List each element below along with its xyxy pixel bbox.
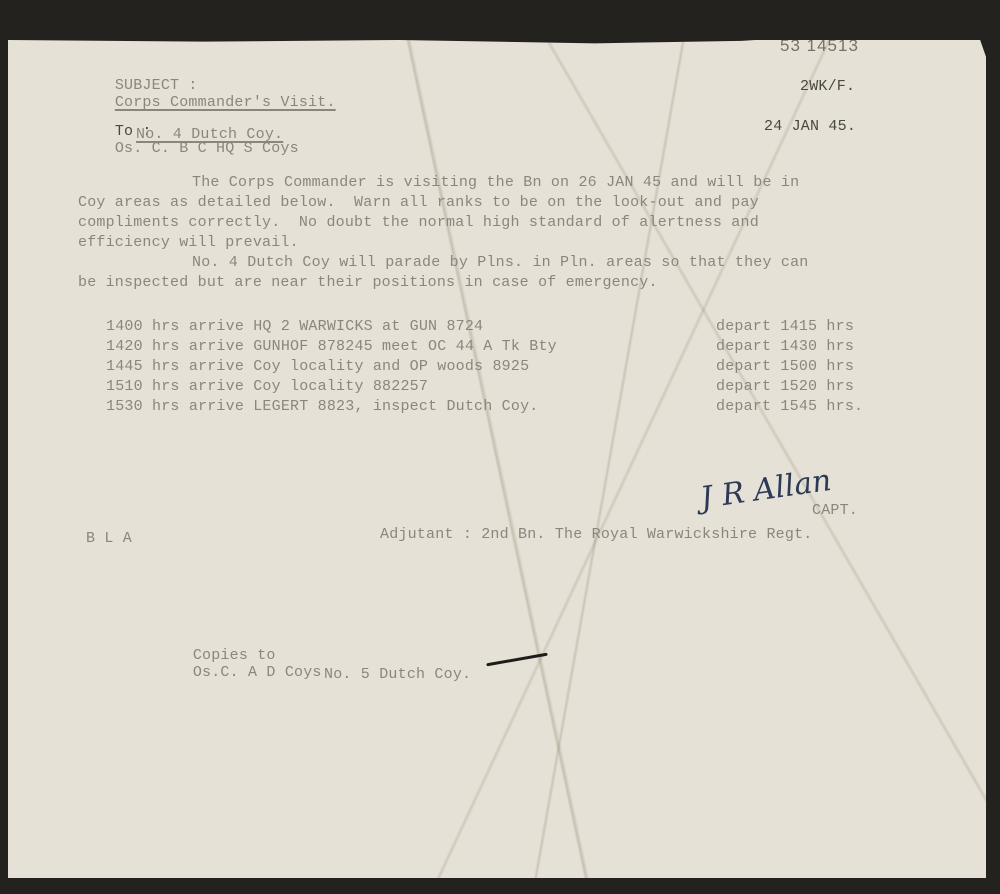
schedule-arrive: 1510 hrs arrive Coy locality 882257 [106, 378, 428, 395]
schedule-depart: depart 1545 hrs. [716, 398, 863, 415]
document-date: 24 JAN 45. [764, 118, 856, 135]
subject-label: SUBJECT : [115, 77, 198, 94]
addressee-line2: No. 4 Dutch Coy. [136, 126, 283, 143]
body-para2-line2: be inspected but are near their position… [78, 274, 658, 291]
archive-reference: 53 14513 [780, 40, 859, 56]
reference-code: 2WK/F. [800, 78, 855, 95]
schedule-arrive: 1530 hrs arrive LEGERT 8823, inspect Dut… [106, 398, 538, 415]
body-para1-line2: Coy areas as detailed below. Warn all ra… [78, 194, 759, 211]
copies-line2: No. 5 Dutch Coy. [324, 666, 471, 683]
copies-label: Copies to [193, 647, 276, 664]
schedule-depart: depart 1430 hrs [716, 338, 854, 355]
body-para1-line1: The Corps Commander is visiting the Bn o… [192, 174, 799, 191]
signatory-title: Adjutant : 2nd Bn. The Royal Warwickshir… [380, 526, 812, 543]
schedule-arrive: 1400 hrs arrive HQ 2 WARWICKS at GUN 872… [106, 318, 483, 335]
schedule-depart: depart 1415 hrs [716, 318, 854, 335]
location-code: B L A [86, 530, 132, 547]
schedule-arrive: 1420 hrs arrive GUNHOF 878245 meet OC 44… [106, 338, 557, 355]
document-page: 53 14513 SUBJECT : Corps Commander's Vis… [8, 40, 986, 878]
pen-stroke [486, 653, 548, 667]
copies-recipients: Os.C. A D Coys [193, 664, 322, 681]
body-para1-line3: compliments correctly. No doubt the norm… [78, 214, 759, 231]
schedule-arrive: 1445 hrs arrive Coy locality and OP wood… [106, 358, 529, 375]
schedule-depart: depart 1500 hrs [716, 358, 854, 375]
body-para2-line1: No. 4 Dutch Coy will parade by Plns. in … [192, 254, 809, 271]
copies-line1: Copies to Os.C. A D Coys [156, 630, 322, 698]
schedule-depart: depart 1520 hrs [716, 378, 854, 395]
signatory-rank: CAPT. [812, 502, 858, 519]
body-para1-line4: efficiency will prevail. [78, 234, 299, 251]
